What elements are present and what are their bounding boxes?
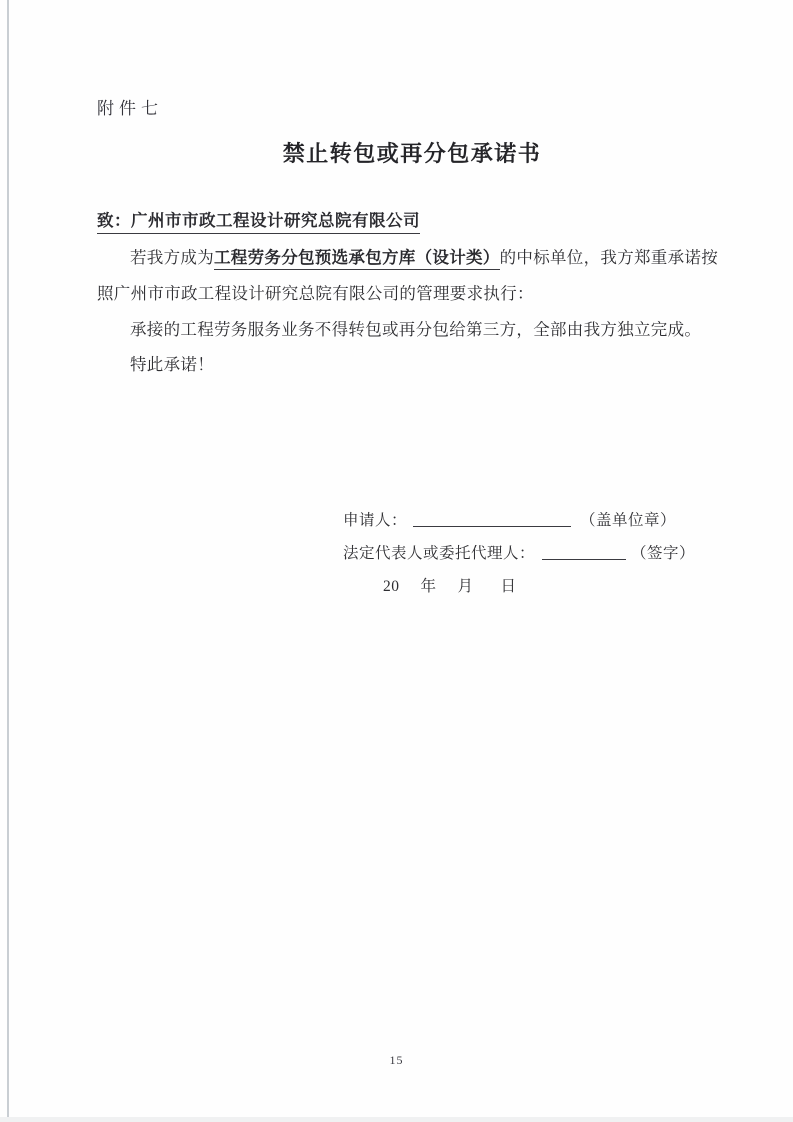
representative-sign-note: （签字）	[631, 545, 695, 562]
body-paragraph-1-line-1: 若我方成为工程劳务分包预选承包方库（设计类）的中标单位，我方郑重承诺按	[97, 244, 750, 268]
page-number: 15	[0, 1053, 793, 1068]
body-paragraph-1-line-2: 照广州市市政工程设计研究总院有限公司的管理要求执行：	[97, 280, 717, 304]
attachment-label: 附件七	[97, 94, 163, 119]
applicant-signature-row: 申请人：（盖单位章）	[343, 508, 676, 530]
representative-signature-row: 法定代表人或委托代理人：（签字）	[343, 541, 695, 563]
para1-emphasized-phrase: 工程劳务分包预选承包方库（设计类）	[214, 248, 500, 270]
date-day-unit: 日	[501, 578, 517, 595]
date-row: 20年月日	[383, 574, 517, 596]
page-bottom-edge-shadow	[0, 1117, 793, 1122]
applicant-stamp-note: （盖单位章）	[580, 512, 676, 529]
date-year-prefix: 20	[383, 578, 400, 595]
para1-prefix-text: 若我方成为	[130, 248, 214, 267]
para1-suffix-text: 的中标单位，我方郑重承诺按	[500, 248, 718, 267]
representative-fill-in-blank	[542, 544, 626, 560]
date-year-unit: 年	[421, 578, 437, 595]
body-paragraph-2: 承接的工程劳务服务业务不得转包或再分包给第三方，全部由我方独立完成。	[97, 316, 750, 340]
applicant-fill-in-blank	[413, 511, 571, 527]
applicant-label: 申请人：	[343, 512, 407, 529]
date-month-unit: 月	[458, 578, 474, 595]
document-title: 禁止转包或再分包承诺书	[97, 137, 727, 168]
page-left-edge-shadow	[7, 0, 9, 1122]
representative-label: 法定代表人或委托代理人：	[343, 545, 535, 562]
body-paragraph-3: 特此承诺！	[97, 351, 750, 375]
document-page: 附件七 禁止转包或再分包承诺书 致：广州市市政工程设计研究总院有限公司 若我方成…	[0, 0, 793, 1122]
recipient-line: 致：广州市市政工程设计研究总院有限公司	[97, 207, 420, 234]
